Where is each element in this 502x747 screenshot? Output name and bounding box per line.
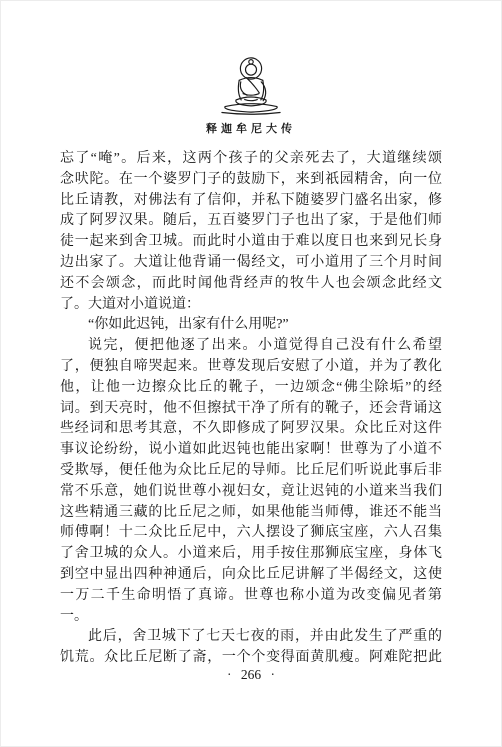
paragraph: 忘了“唵”。后来，这两个孩子的父亲死去了，大道继续颂念吠陀。在一个婆罗门子的鼓励…: [60, 149, 442, 315]
text-line: 还不会颂念，而此时闻他背经声的牧牛人也会颂念此经文: [60, 274, 442, 295]
text-line: 此后，舍卫城下了七天七夜的雨，并由此发生了严重的: [60, 627, 442, 648]
text-line: 受欺辱，便任他为众比丘尼的导师。比丘尼们听说此事后非: [60, 461, 442, 482]
text-line: 饥荒。众比丘尼断了斋，一个个变得面黄肌瘦。阿难陀把此: [60, 648, 442, 669]
text-line: 到空中显出四种神通后，向众比丘尼讲解了半偈经文，这使: [60, 565, 442, 586]
book-page-scan: 释迦牟尼大传 忘了“唵”。后来，这两个孩子的父亲死去了，大道继续颂念吠陀。在一个…: [0, 0, 502, 747]
text-line: “你如此迟钝，出家有什么用呢?”: [60, 315, 442, 336]
text-line: 事议论纷纷，说小道如此迟钝也能出家啊！世尊为了小道不: [60, 440, 442, 461]
text-line: 师傅啊！十二众比丘尼中，六人摆设了狮底宝座，六人召集: [60, 523, 442, 544]
text-line: 词。到天亮时，他不但擦拭干净了所有的靴子，还会背诵这: [60, 399, 442, 420]
text-line: 徒一起来到舍卫城。而此时小道由于难以度日也来到兄长身: [60, 232, 442, 253]
text-line: 了舍卫城的众人。小道来后，用手按住那狮底宝座，身体飞: [60, 544, 442, 565]
text-line: 成了阿罗汉果。随后，五百婆罗门子也出了家，于是他们师: [60, 211, 442, 232]
text-line: 念吠陀。在一个婆罗门子的鼓励下，来到祇园精舍，向一位: [60, 170, 442, 191]
buddha-line-drawing: [210, 52, 292, 118]
text-line: 了，便独自啼哭起来。世尊发现后安慰了小道，并为了教化: [60, 357, 442, 378]
text-line: 常不乐意，她们说世尊小视妇女，竟让迟钝的小道来当我们: [60, 482, 442, 503]
paragraph: 此后，舍卫城下了七天七夜的雨，并由此发生了严重的饥荒。众比丘尼断了斋，一个个变得…: [60, 627, 442, 669]
paragraph: 说完，便把他逐了出来。小道觉得自己没有什么希望了，便独自啼哭起来。世尊发现后安慰…: [60, 336, 442, 627]
text-line: 他，让他一边擦众比丘的靴子，一边颂念“佛尘除垢”的经: [60, 378, 442, 399]
text-line: 这些精通三藏的比丘尼之师，如果他能当师傅，谁还不能当: [60, 503, 442, 524]
book-title: 释迦牟尼大传: [1, 120, 501, 136]
text-line: 说完，便把他逐了出来。小道觉得自己没有什么希望: [60, 336, 442, 357]
buddha-illustration: [210, 52, 292, 118]
text-line: 一万二千生命明悟了真谛。世尊也称小道为改变偏见者第: [60, 586, 442, 607]
text-line: 比丘请教，对佛法有了信仰，并私下随婆罗门盛名出家，修: [60, 191, 442, 212]
text-line: 一。: [60, 607, 442, 628]
paragraph: “你如此迟钝，出家有什么用呢?”: [60, 315, 442, 336]
body-text: 忘了“唵”。后来，这两个孩子的父亲死去了，大道继续颂念吠陀。在一个婆罗门子的鼓励…: [60, 149, 442, 669]
text-line: 边出家了。大道让他背诵一偈经文，可小道用了三个月时间: [60, 253, 442, 274]
text-line: 了。大道对小道说道：: [60, 295, 442, 316]
page-number: · 266 ·: [1, 667, 501, 683]
text-line: 忘了“唵”。后来，这两个孩子的父亲死去了，大道继续颂: [60, 149, 442, 170]
text-line: 些经词和思考其意，不久即修成了阿罗汉果。众比丘对这件: [60, 419, 442, 440]
